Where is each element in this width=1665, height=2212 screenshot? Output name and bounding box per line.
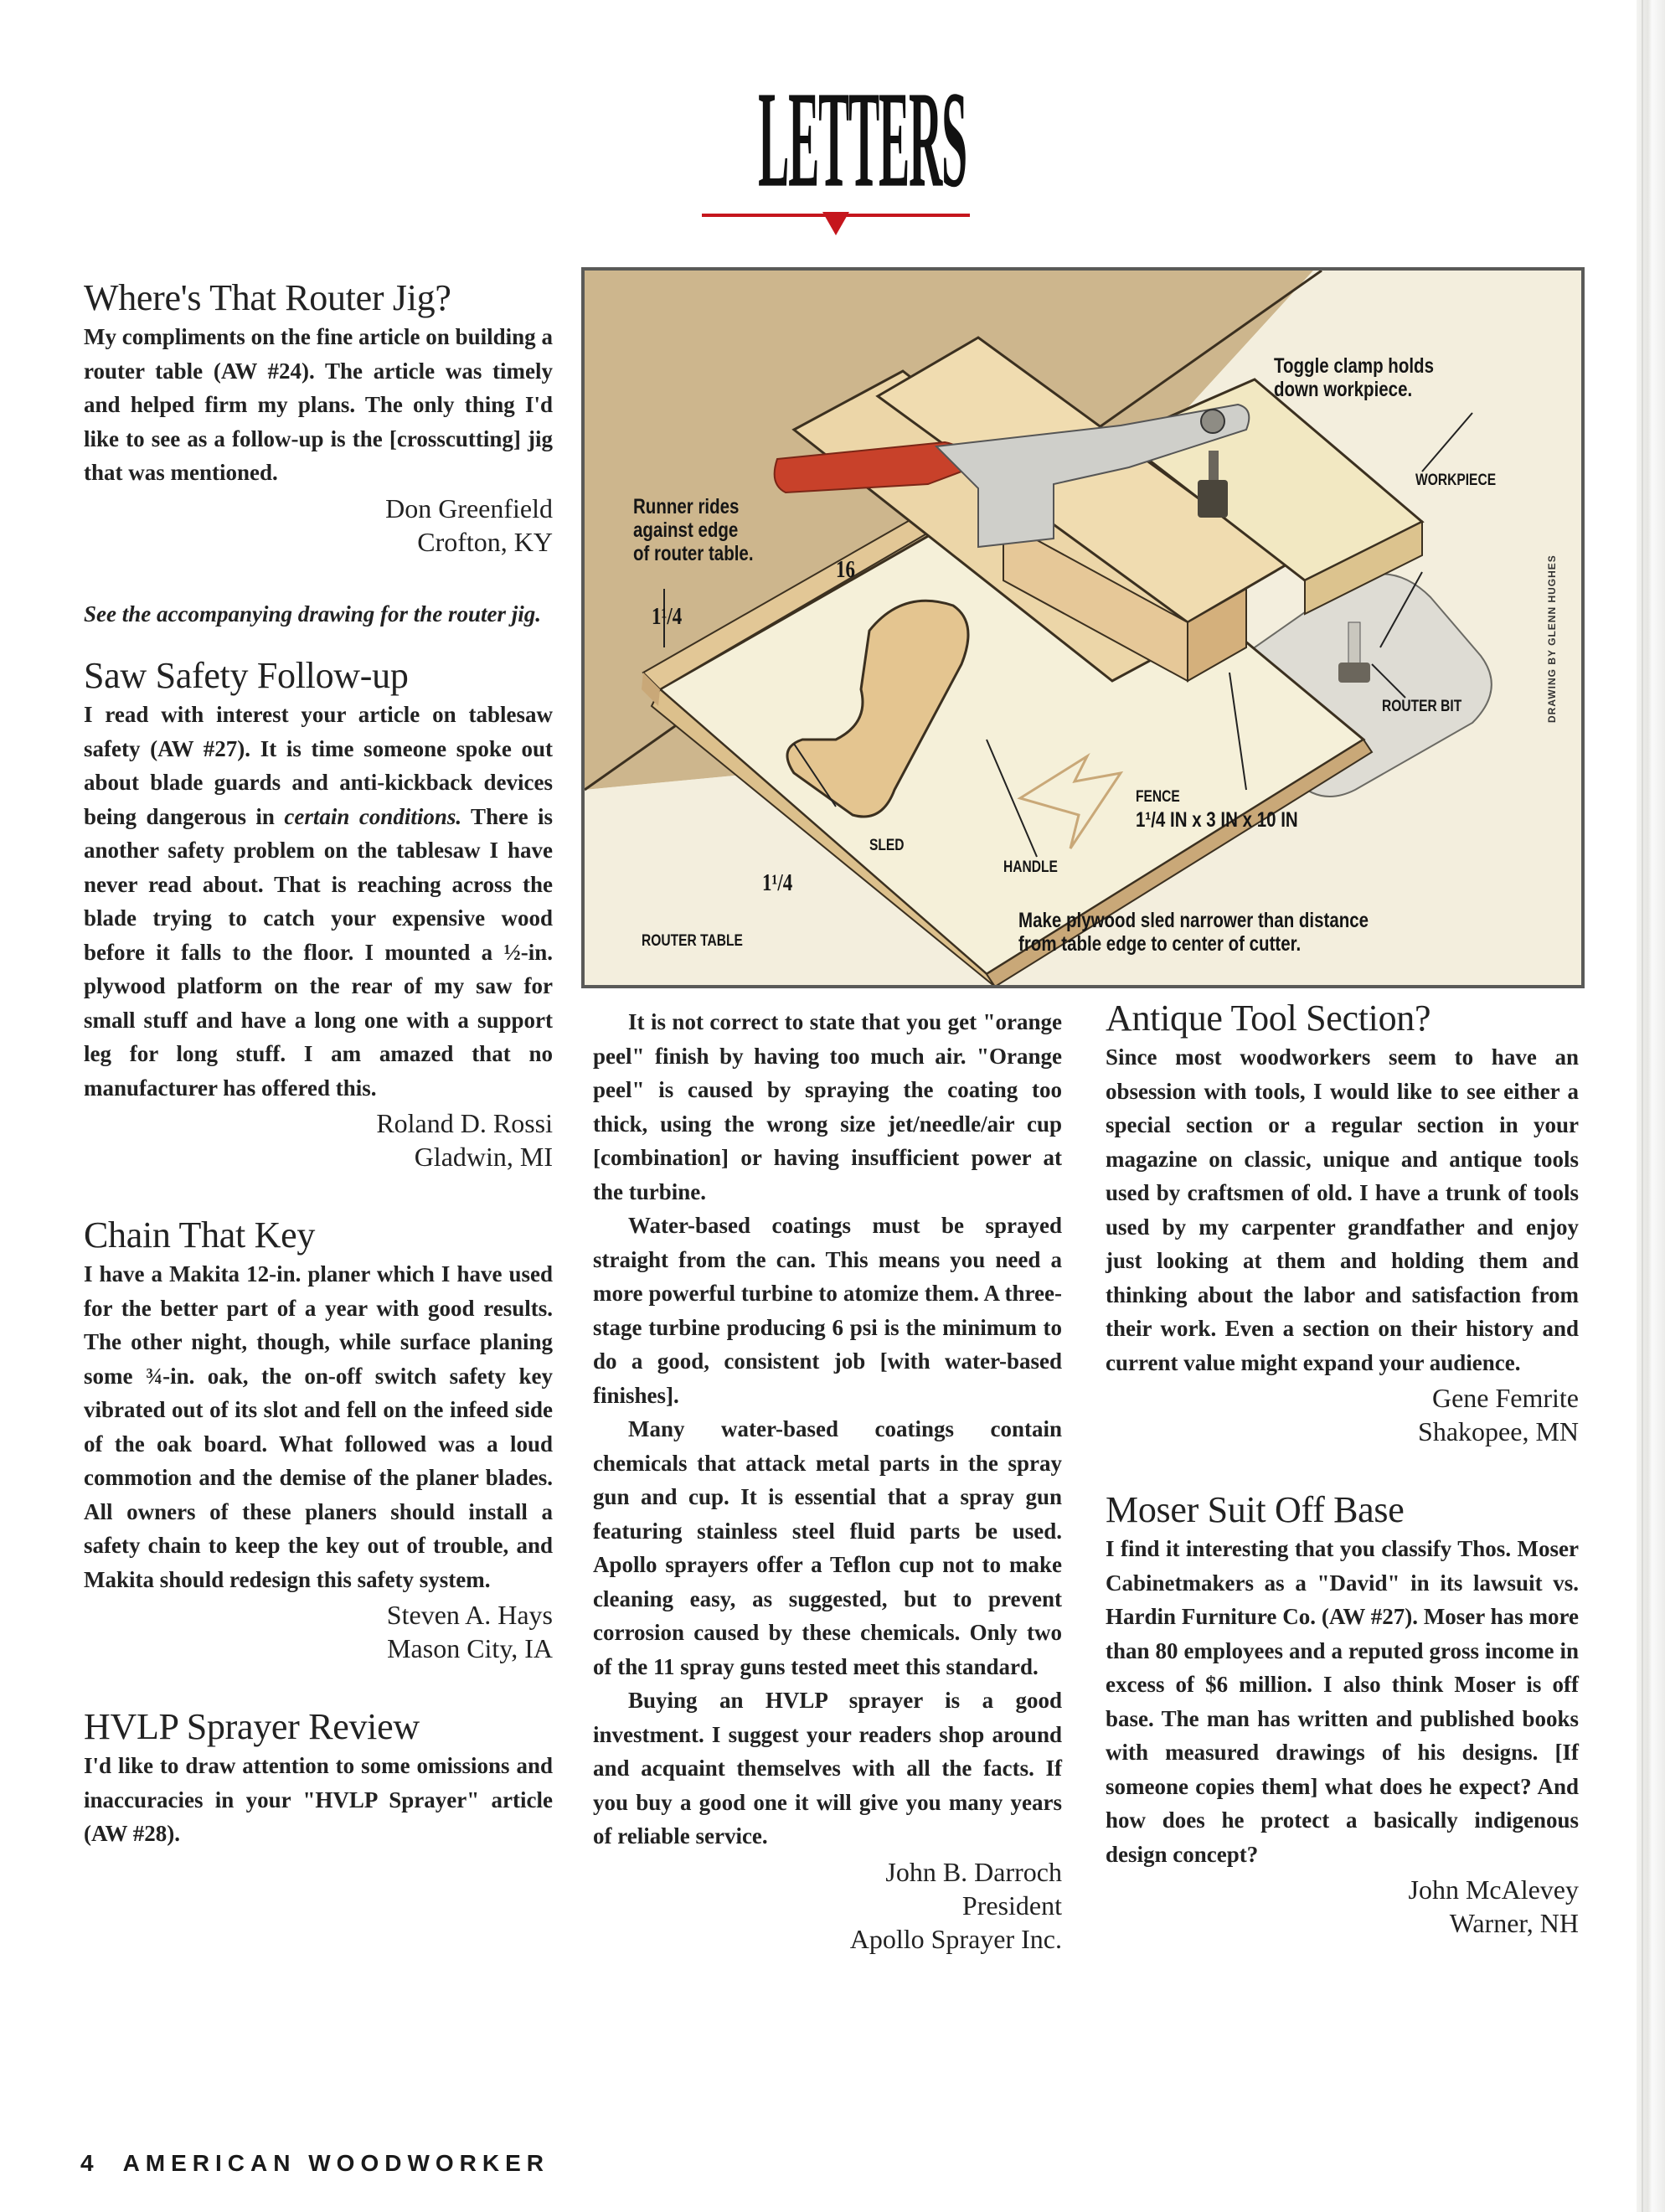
runner-callout-line: of router table. (633, 542, 754, 565)
handle-label: HANDLE (1003, 859, 1058, 877)
letter-heading: Moser Suit Off Base (1106, 1488, 1579, 1532)
router-bit-label: ROUTER BIT (1382, 698, 1461, 716)
section-title: LETTERS (758, 70, 914, 209)
signature: Don Greenfield Crofton, KY (84, 492, 553, 559)
letter-paragraph: Many water-based coatings contain chemic… (593, 1412, 1062, 1683)
letter-moser-suit: Moser Suit Off Base I find it interestin… (1106, 1488, 1579, 1940)
note-line: Make plywood sled narrower than distance (1018, 909, 1369, 932)
letter-body: Since most woodworkers seem to have an o… (1106, 1040, 1579, 1379)
sled-label: SLED (869, 837, 905, 855)
toggle-callout-line: Toggle clamp holds (1274, 354, 1434, 378)
letter-heading: Antique Tool Section? (1106, 997, 1579, 1040)
letter-chain-that-key: Chain That Key I have a Makita 12-in. pl… (84, 1214, 553, 1665)
letter-hvlp-review: HVLP Sprayer Review I'd like to draw att… (84, 1705, 553, 1851)
signature-name: John McAlevey (1106, 1873, 1579, 1906)
signature-name: Don Greenfield (84, 492, 553, 525)
masthead: LETTERS (702, 65, 970, 151)
signature-name: Gene Femrite (1106, 1381, 1579, 1415)
sled-width-note: Make plywood sled narrower than distance… (1018, 909, 1369, 956)
letter-body: I read with interest your article on tab… (84, 698, 553, 1105)
editor-note: See the accompanying drawing for the rou… (84, 597, 553, 632)
body-italic-text: certain conditions. (284, 804, 461, 829)
right-column: Antique Tool Section? Since most woodwor… (1106, 997, 1579, 1940)
router-table-label: ROUTER TABLE (642, 932, 743, 951)
letter-body: I have a Makita 12-in. planer which I ha… (84, 1257, 553, 1596)
signature-location: Gladwin, MI (84, 1140, 553, 1173)
red-rule-with-arrow (702, 214, 970, 217)
signature: Steven A. Hays Mason City, IA (84, 1598, 553, 1665)
letter-heading: HVLP Sprayer Review (84, 1705, 553, 1749)
letter-antique-tools: Antique Tool Section? Since most woodwor… (1106, 997, 1579, 1448)
body-text: There is another safety problem on the t… (84, 804, 553, 1101)
letter-router-jig: Where's That Router Jig? My compliments … (84, 276, 553, 631)
signature: Roland D. Rossi Gladwin, MI (84, 1106, 553, 1173)
signature-company: Apollo Sprayer Inc. (593, 1922, 1062, 1956)
signature-location: Mason City, IA (84, 1632, 553, 1665)
toggle-callout-line: down workpiece. (1274, 378, 1434, 401)
letter-body: I'd like to draw attention to some omiss… (84, 1749, 553, 1851)
page-number: 4 (80, 2150, 100, 2176)
signature-title: President (593, 1889, 1062, 1922)
note-line: from table edge to center of cutter. (1018, 932, 1369, 956)
workpiece-label: WORKPIECE (1415, 472, 1496, 490)
left-column: Where's That Router Jig? My compliments … (84, 276, 553, 1851)
signature-name: Steven A. Hays (84, 1598, 553, 1632)
runner-callout: Runner rides against edge of router tabl… (633, 495, 754, 565)
letter-hvlp-continued: It is not correct to state that you get … (593, 1005, 1062, 1854)
page-edge (1637, 0, 1665, 2212)
fence-dimensions: 1¹/4 IN x 3 IN x 10 IN (1136, 808, 1298, 832)
page-footer: 4AMERICAN WOODWORKER (80, 2150, 549, 2177)
letter-heading: Saw Safety Follow-up (84, 654, 553, 698)
signature-name: John B. Darroch (593, 1855, 1062, 1889)
signature-name: Roland D. Rossi (84, 1106, 553, 1140)
signature: John B. Darroch President Apollo Sprayer… (593, 1855, 1062, 1956)
dimension-1-1-4-top: 1¹/4 (652, 606, 682, 629)
publication-name: AMERICAN WOODWORKER (123, 2150, 549, 2176)
letter-paragraph: Buying an HVLP sprayer is a good investm… (593, 1683, 1062, 1854)
letter-body: My compliments on the fine article on bu… (84, 320, 553, 490)
signature: Gene Femrite Shakopee, MN (1106, 1381, 1579, 1448)
dimension-16: 16 (836, 559, 855, 582)
signature: John McAlevey Warner, NH (1106, 1873, 1579, 1940)
letter-saw-safety: Saw Safety Follow-up I read with interes… (84, 654, 553, 1173)
fence-label: FENCE (1136, 788, 1180, 807)
signature-location: Warner, NH (1106, 1906, 1579, 1940)
illustration-credit: DRAWING BY GLENN HUGHES (1546, 554, 1558, 723)
runner-callout-line: Runner rides (633, 495, 754, 518)
signature-location: Shakopee, MN (1106, 1415, 1579, 1448)
letter-paragraph: Water-based coatings must be sprayed str… (593, 1209, 1062, 1412)
middle-column: It is not correct to state that you get … (593, 1005, 1062, 1956)
letter-heading: Where's That Router Jig? (84, 276, 553, 320)
runner-callout-line: against edge (633, 518, 754, 542)
signature-location: Crofton, KY (84, 525, 553, 559)
router-jig-illustration: Runner rides against edge of router tabl… (581, 267, 1585, 988)
letter-body: I find it interesting that you classify … (1106, 1532, 1579, 1871)
dimension-1-1-4-bottom: 1¹/4 (762, 872, 792, 895)
letter-heading: Chain That Key (84, 1214, 553, 1257)
toggle-clamp-callout: Toggle clamp holds down workpiece. (1274, 354, 1434, 401)
letter-paragraph: It is not correct to state that you get … (593, 1005, 1062, 1209)
